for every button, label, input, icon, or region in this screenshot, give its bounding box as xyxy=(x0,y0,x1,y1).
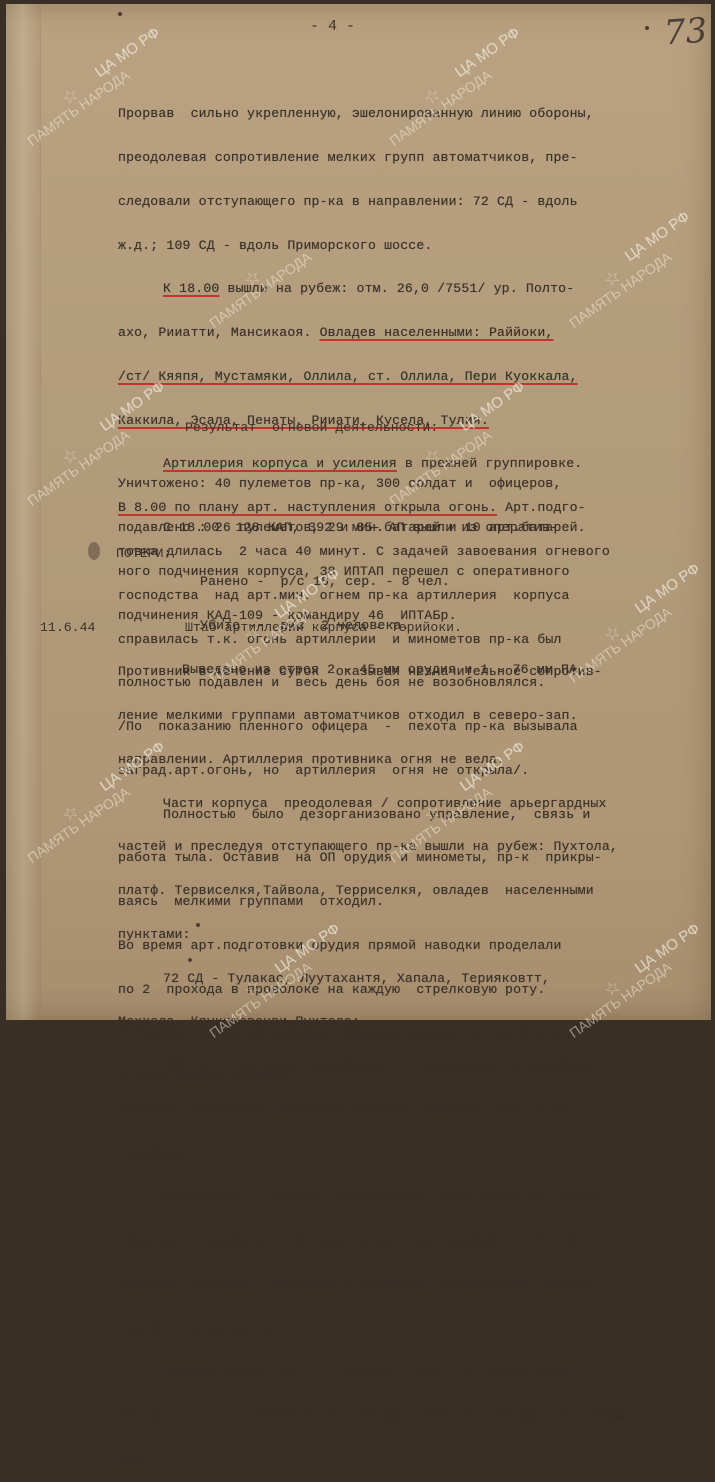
text-fragment: вышли на рубеж: отм. 26,0 /7551/ ур. Пол… xyxy=(219,281,574,296)
text-line: Мехкола, Кяукяревонви,Пухтола; xyxy=(118,1015,626,1024)
text-line: С 18.00 128 КАП, 392 и 85- АП вышли из о… xyxy=(118,521,570,536)
ink-spot xyxy=(645,26,649,30)
underlined-settlements: /ст/ Кяяпя, Мустамяки, Оллила, ст. Оллил… xyxy=(118,369,578,384)
text-line: Прорвав сильно укрепленную, эшелонирован… xyxy=(118,107,610,122)
entry-date: 11.6.44 xyxy=(40,620,95,635)
ink-spot xyxy=(118,12,122,16)
underlined-settlements: Овладев населенными: Раййоки, xyxy=(320,325,554,340)
results-heading: Результат огневой деятельности: xyxy=(185,420,438,435)
text-line: Противник в течение суток оказывая незна… xyxy=(118,665,626,680)
text-line: /ст/ Кяяпя, Мустамяки, Оллила, ст. Оллил… xyxy=(118,370,610,385)
page-number: - 4 - xyxy=(310,18,355,35)
enemy-situation-block: Противник в течение суток оказывая незна… xyxy=(118,636,626,1024)
text-line: пунктами: xyxy=(118,928,626,943)
punch-hole xyxy=(88,542,100,560)
text-line: преодолевая сопротивление мелких групп а… xyxy=(118,151,610,166)
text-line: частей и преследуя отступающего пр-ка вы… xyxy=(118,840,626,855)
text-line: направлении. Артиллерия противника огня … xyxy=(118,753,626,768)
text-line: Части корпуса преодолевая / сопротивлени… xyxy=(118,797,626,812)
text-line: следовали отступающего пр-ка в направлен… xyxy=(118,195,610,210)
text-line: платф. Тервиселкя,Тайвола, Терриселкя, о… xyxy=(118,884,626,899)
text-line: Уничтожено: 40 пулеметов пр-ка, 300 солд… xyxy=(118,477,586,492)
text-line: ж.д.; 109 СД - вдоль Приморского шоссе. xyxy=(118,239,610,254)
text-line: ление мелкими группами автоматчиков отхо… xyxy=(118,709,626,724)
page-fold-shadow xyxy=(6,4,41,1020)
handwritten-sheet-number: 73 xyxy=(663,11,709,54)
text-line: К 18.00 вышли на рубеж: отм. 26,0 /7551/… xyxy=(118,282,610,297)
text-fragment: ахо, Рииатти, Мансикаоя. xyxy=(118,325,320,340)
text-line: Ранено - р/с 18, сер. - 8 чел. xyxy=(200,575,585,590)
text-line: 72 СД - Тулакас, Луутахантя, Хапала, Тер… xyxy=(118,972,626,987)
text-line: ахо, Рииатти, Мансикаоя. Овладев населен… xyxy=(118,326,610,341)
losses-label: ПОТЕРИ: xyxy=(116,546,171,561)
underlined-time: К 18.00 xyxy=(163,281,219,296)
hq-location-heading: Штаб артиллерии корпуса - Терийоки. xyxy=(185,620,462,635)
